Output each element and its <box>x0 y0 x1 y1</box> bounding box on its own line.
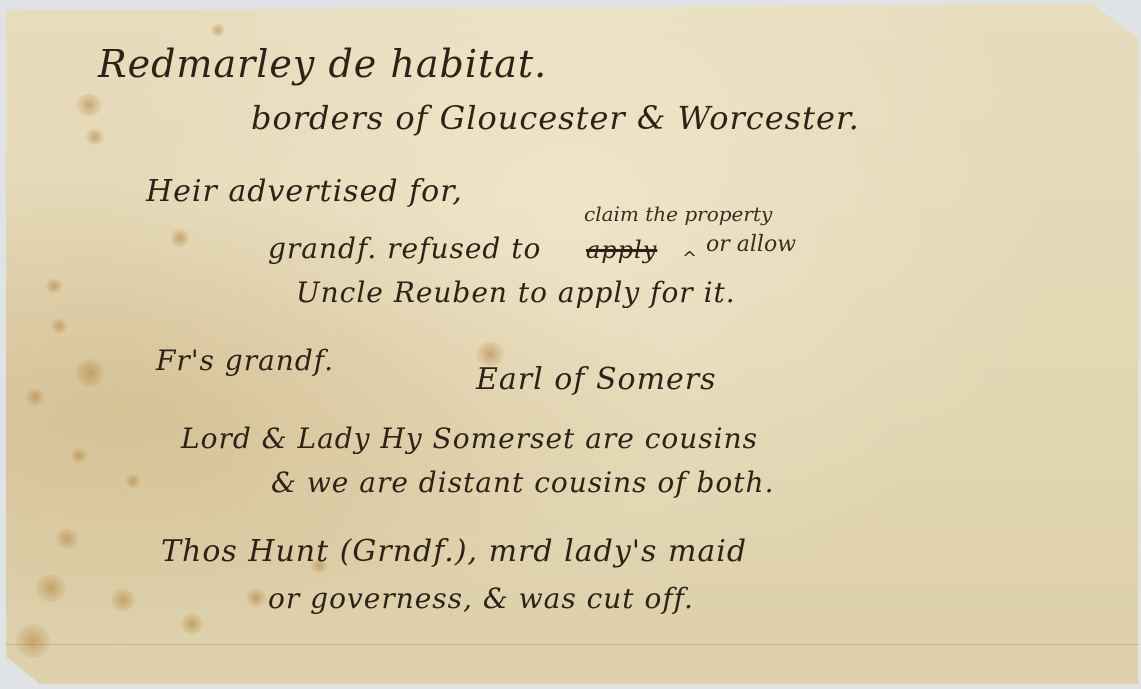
inserted-text: claim the property <box>584 202 772 226</box>
note-line-or-allow: or allow <box>706 232 796 257</box>
note-line-fathers-grandfather: Fr's grandf. <box>156 344 334 377</box>
foxing-stain <box>181 614 203 634</box>
foxing-stain <box>76 94 102 116</box>
foxing-stain <box>56 529 78 549</box>
foxing-stain <box>76 359 104 387</box>
foxing-stain <box>246 589 266 607</box>
note-line-title: Redmarley de habitat. <box>98 42 547 86</box>
foxing-stain <box>46 279 62 293</box>
note-line-location: borders of Gloucester & Worcester. <box>251 99 860 137</box>
struck-word: apply <box>586 236 657 264</box>
foxing-stain <box>126 474 140 488</box>
handwritten-note-paper: Redmarley de habitat. borders of Glouces… <box>6 4 1138 684</box>
foxing-stain <box>211 24 225 36</box>
foxing-stain <box>71 449 87 463</box>
note-line-thos-hunt: Thos Hunt (Grndf.), mrd lady's maid <box>161 534 747 569</box>
foxing-stain <box>26 389 44 405</box>
foxing-stain <box>51 319 67 333</box>
note-line-grandfather-refused: grandf. refused to <box>268 232 541 265</box>
insertion-caret: ^ <box>682 248 697 269</box>
note-line-governess: or governess, & was cut off. <box>268 582 694 615</box>
note-line-earl: Earl of Somers <box>476 362 717 397</box>
foxing-stain <box>16 624 50 658</box>
foxing-stain <box>36 574 66 602</box>
note-line-uncle-reuben: Uncle Reuben to apply for it. <box>296 276 736 309</box>
foxing-stain <box>86 129 104 145</box>
paper-fold-line <box>6 644 1138 645</box>
note-line-heir: Heir advertised for, <box>146 174 463 209</box>
note-line-distant-cousins: & we are distant cousins of both. <box>271 466 774 499</box>
foxing-stain <box>171 229 189 247</box>
note-line-lord-lady: Lord & Lady Hy Somerset are cousins <box>181 422 758 455</box>
foxing-stain <box>111 589 135 611</box>
